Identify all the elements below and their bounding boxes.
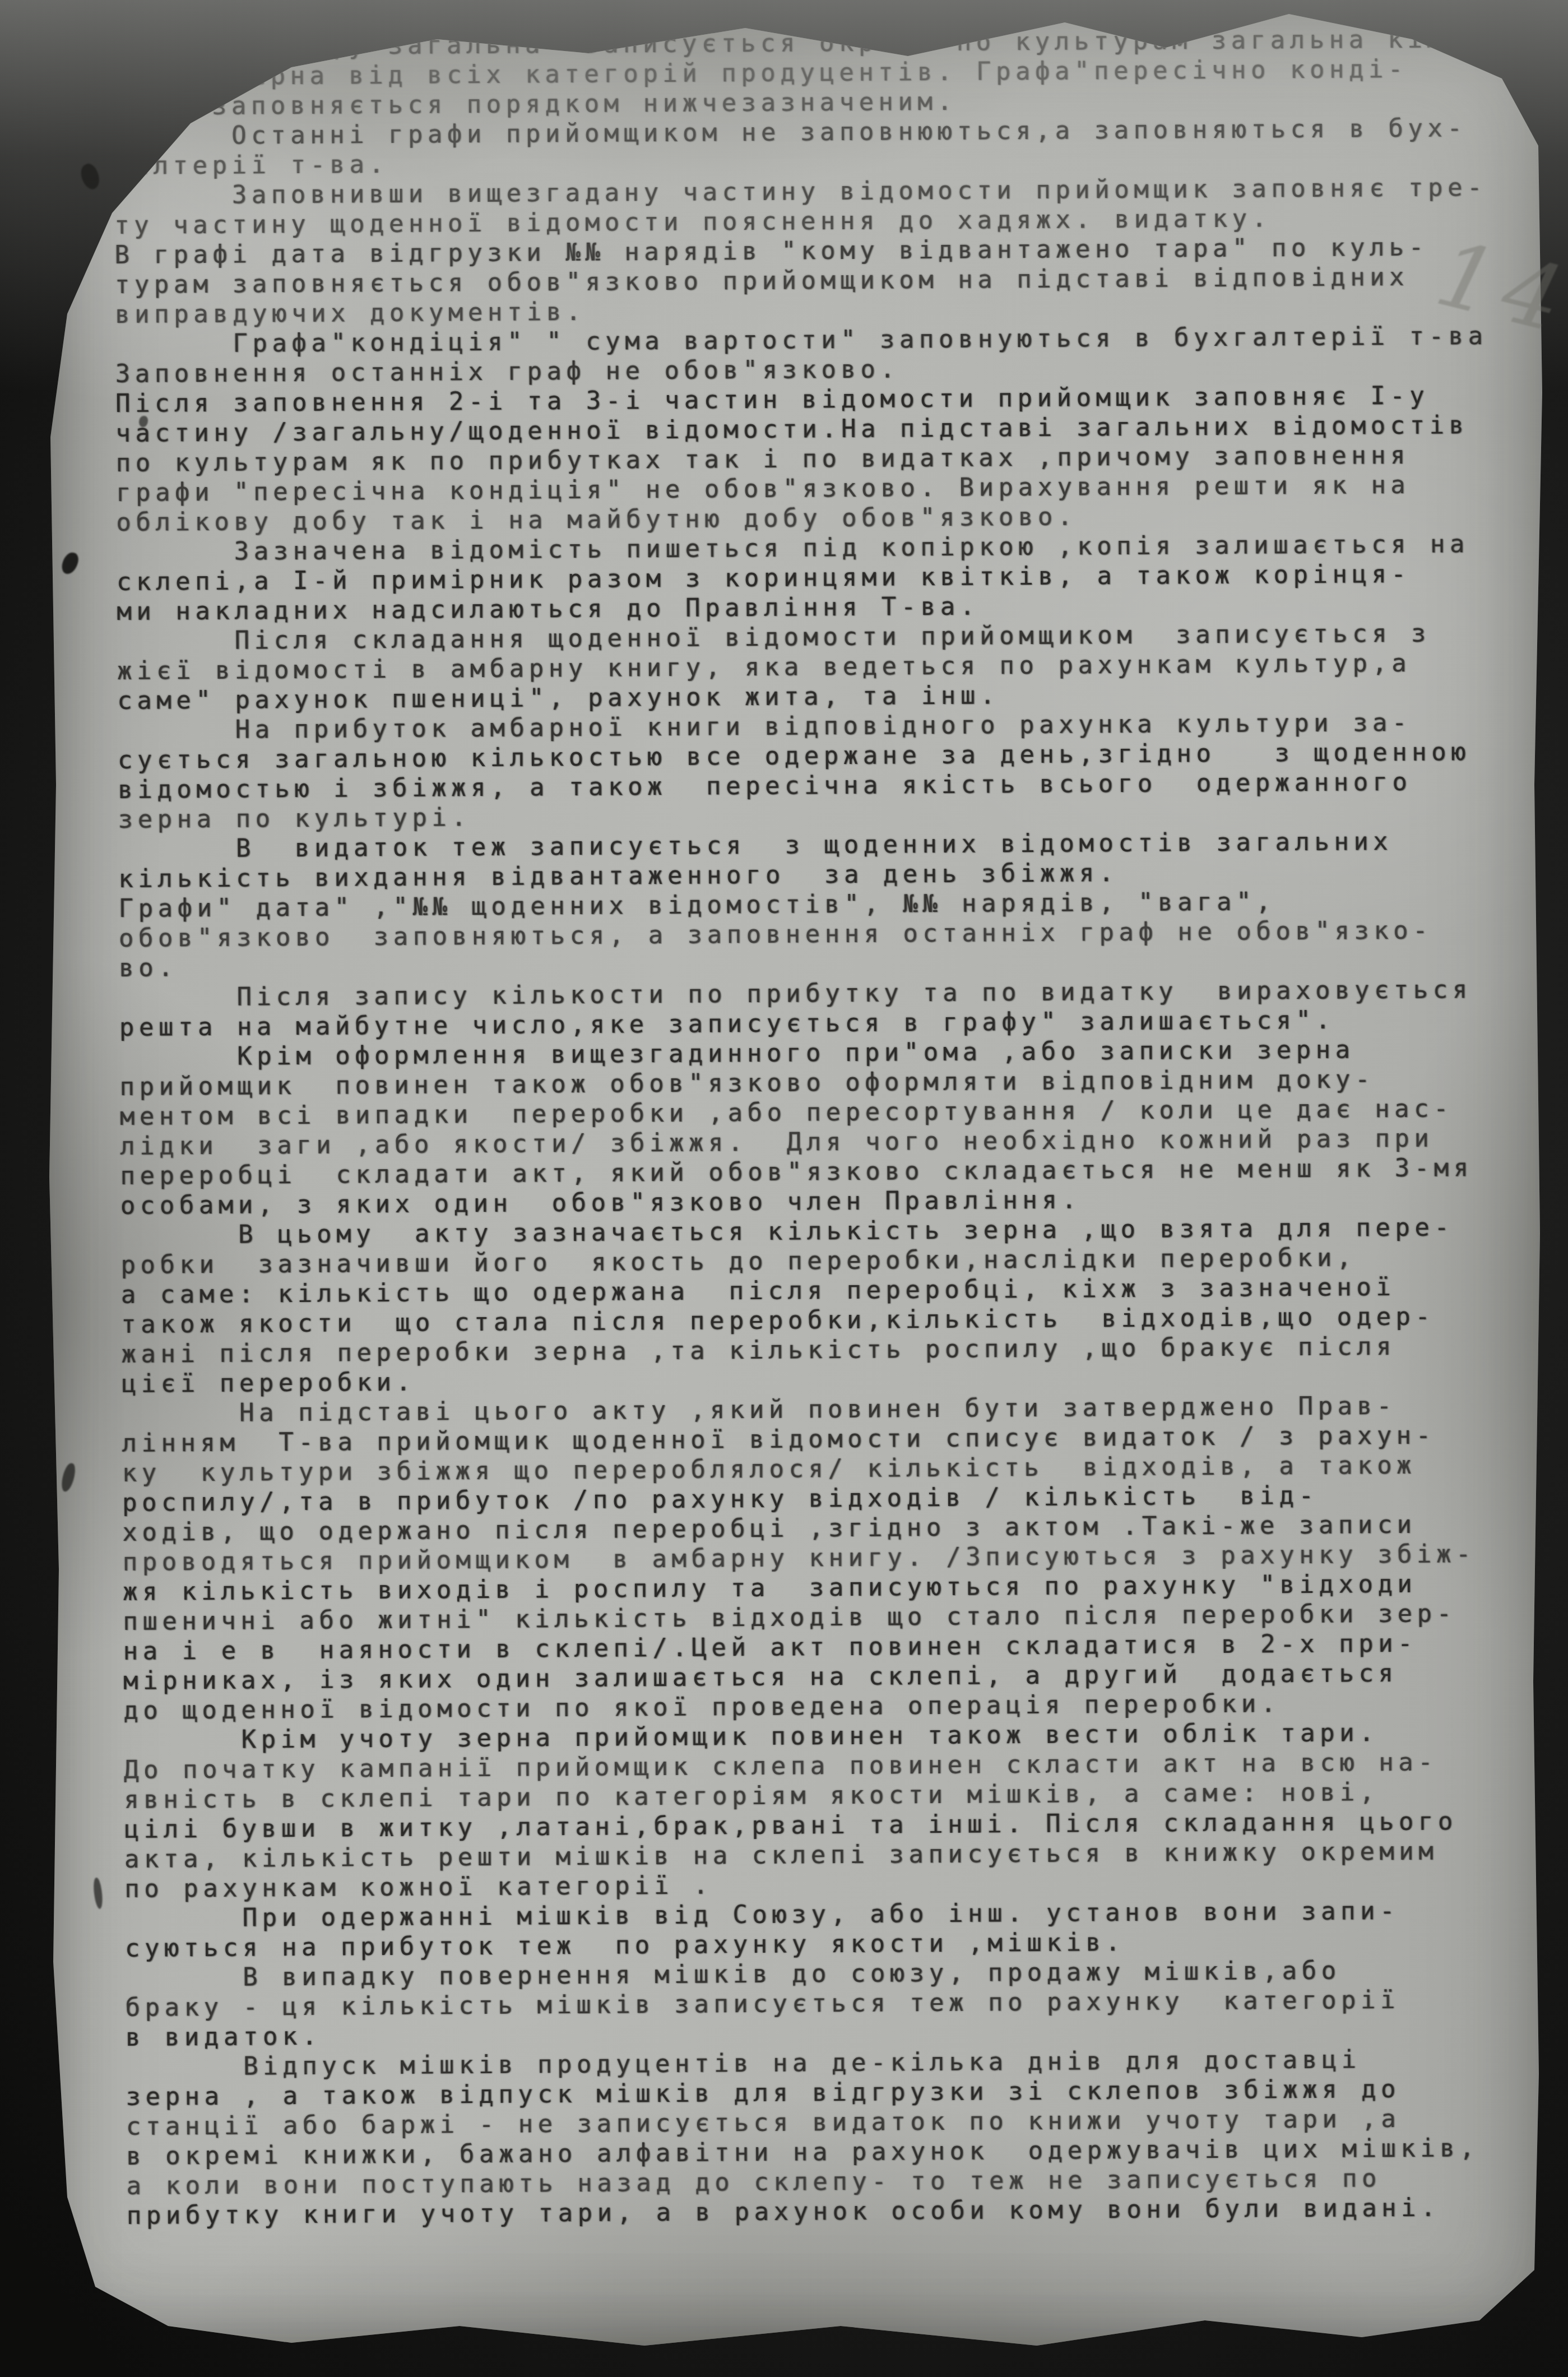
document-lines: В графу"загальна" записується окремо по … (113, 24, 1499, 2231)
text-line: В цьому акту зазначається кількість зерн… (120, 1212, 1493, 1250)
text-line: виправдуючих документів. (115, 291, 1488, 330)
text-line: склепі,а І-й примірник разом з коринцями… (117, 559, 1490, 597)
text-line: ту частину щоденної відомости пояснення … (114, 202, 1487, 240)
text-line: В видаток теж записується з щоденних від… (118, 826, 1491, 864)
text-line: на і е в наяности в склепі/.Цей акт пови… (123, 1628, 1496, 1666)
text-line: Графа"кондіція" " сума вартости" заповну… (115, 321, 1488, 359)
text-line: також якости що стала після переробки,кі… (121, 1301, 1494, 1340)
text-line: В випадку повернення мішків до союзу, пр… (125, 1955, 1498, 1993)
text-line: частину /загальну/щоденної відомости.На … (115, 410, 1488, 448)
text-line: Крім оформлення вищезгадинного при"ома ,… (119, 1034, 1492, 1072)
text-line: графи "пересічна кондіція" не обов"язков… (116, 470, 1489, 508)
text-line: Зазначена відомість пишеться під копірко… (117, 529, 1490, 567)
text-line: В графі дата відгрузки №№ нарядів "кому … (114, 232, 1487, 270)
text-line: до щоденної відомости по якої проведена … (123, 1688, 1496, 1726)
text-line: Після складання щоденної відомости прийо… (117, 618, 1490, 656)
text-line: Після заповнення 2-і та 3-і частин відом… (115, 381, 1488, 419)
text-line: по культурам як по прибутках так і по ви… (116, 440, 1489, 478)
text-line: ку культури збіжжя що перероблялося/ кіл… (122, 1450, 1495, 1488)
text-line: жієї відомості в амбарну книгу, яка веде… (117, 648, 1490, 686)
text-line: в видаток. (126, 2014, 1499, 2052)
text-line: сується загальною кількостью все одержан… (118, 737, 1491, 775)
text-line: мірниках, із яких один залишається на ск… (123, 1658, 1496, 1696)
text-line: саме" рахунок пшениці", рахунок жита, та… (117, 678, 1490, 716)
text-line: На підставі цього акту ,який повинен бут… (122, 1391, 1495, 1429)
text-line: цілі бувши в житку ,латані,брак,рвані та… (124, 1806, 1497, 1845)
text-line: обов"язково заповняються, а заповнення о… (119, 915, 1492, 953)
text-line: роспилу/,та в прибуток /по рахунку відхо… (122, 1480, 1495, 1518)
text-line: браку - ця кількість мішків записується … (125, 1985, 1498, 2023)
text-line: Крім учоту зерна прийомщик повинен також… (123, 1717, 1496, 1755)
text-line: ментом всі випадки переробки ,або пересо… (120, 1093, 1493, 1132)
text-line: прибутку книги учоту тари, а в рахунок о… (127, 2193, 1500, 2231)
text-line: Заповнивши вищезгадану частину відомости… (114, 173, 1487, 211)
text-line: зерна , а також відпуск мішків для відгр… (126, 2074, 1499, 2112)
text-line: в окремі книжки, бажано алфавітни на рах… (126, 2133, 1499, 2171)
text-line: лідки заги ,або якости/ збіжжя. Для чого… (120, 1123, 1493, 1161)
text-line: облікову добу так і на майбутню добу обо… (116, 499, 1489, 538)
text-line: Відпуск мішків продуцентів на де-кілька … (126, 2044, 1499, 2082)
text-line: галтерії т-ва. (114, 143, 1487, 181)
text-line: прийомщик повинен також обов"язково офор… (119, 1064, 1492, 1102)
text-line: Заповнення останніх граф не обов"язково. (115, 351, 1488, 389)
text-line: При одержанні мішків від Союзу, або інш.… (124, 1896, 1497, 1934)
text-line: кількість вихдання відвантаженного за де… (118, 856, 1491, 894)
text-line: турам заповняється обов"язково прийомщик… (115, 262, 1488, 300)
text-line: жані після переробки зерна ,та кількість… (121, 1331, 1494, 1369)
text-line: пшеничні або житні" кількість відходів щ… (123, 1598, 1496, 1637)
text-line: проводяться прийомщиком в амбарну книгу.… (123, 1539, 1496, 1577)
text-line: переробці складати акт, який обов"язково… (120, 1153, 1493, 1191)
text-line: зерна по культурі. (118, 796, 1491, 835)
text-line: Після запису кількости по прибутку та по… (119, 975, 1492, 1013)
text-line: Графи" дата" ,"№№ щоденних відомостів", … (118, 886, 1491, 924)
text-line: ходів, що одержано після переробці ,згід… (122, 1509, 1495, 1547)
text-line: акта, кількість решти мішків на склепі з… (124, 1836, 1497, 1874)
text-line: цієї переробки. (122, 1361, 1495, 1399)
text-line: а саме: кількість що одержана після пере… (121, 1272, 1494, 1310)
text-line: ми накладних надсилаються до Правління Т… (117, 589, 1490, 627)
text-line: робки зазначивши його якость до переробк… (120, 1242, 1493, 1280)
text-line: явність в склепі тари по категоріям якос… (124, 1777, 1497, 1815)
text-line: жя кількість виходів і роспилу та запису… (123, 1569, 1496, 1607)
text-line: До початку кампанії прийомщик склепа пов… (124, 1747, 1497, 1785)
text-line: Останні графи прийомщиком не заповнюютьс… (114, 113, 1487, 151)
text-line: суються на прибуток теж по рахунку якост… (125, 1925, 1498, 1963)
text-line: На прибуток амбарної книги відповідного … (117, 707, 1490, 745)
text-line: станції або баржі - не записується видат… (126, 2103, 1499, 2142)
text-line: відомостью і збіжжя, а також пересічна я… (118, 767, 1491, 805)
text-line: во. (119, 945, 1492, 983)
text-line: по рахункам кожної категорії . (124, 1866, 1497, 1904)
text-line: решта на майбутне число,яке записується … (119, 1004, 1492, 1042)
text-line: лінням Т-ва прийомщик щоденної відомости… (122, 1420, 1495, 1458)
paper-sheet: В графу"загальна" записується окремо по … (0, 0, 1568, 2377)
text-line: особами, з яких один обов"язково член Пр… (120, 1183, 1493, 1221)
text-line: ція" заповняється порядком нижчезазначен… (114, 84, 1487, 122)
text-line: а коли вони поступають назад до склепу- … (126, 2163, 1499, 2201)
